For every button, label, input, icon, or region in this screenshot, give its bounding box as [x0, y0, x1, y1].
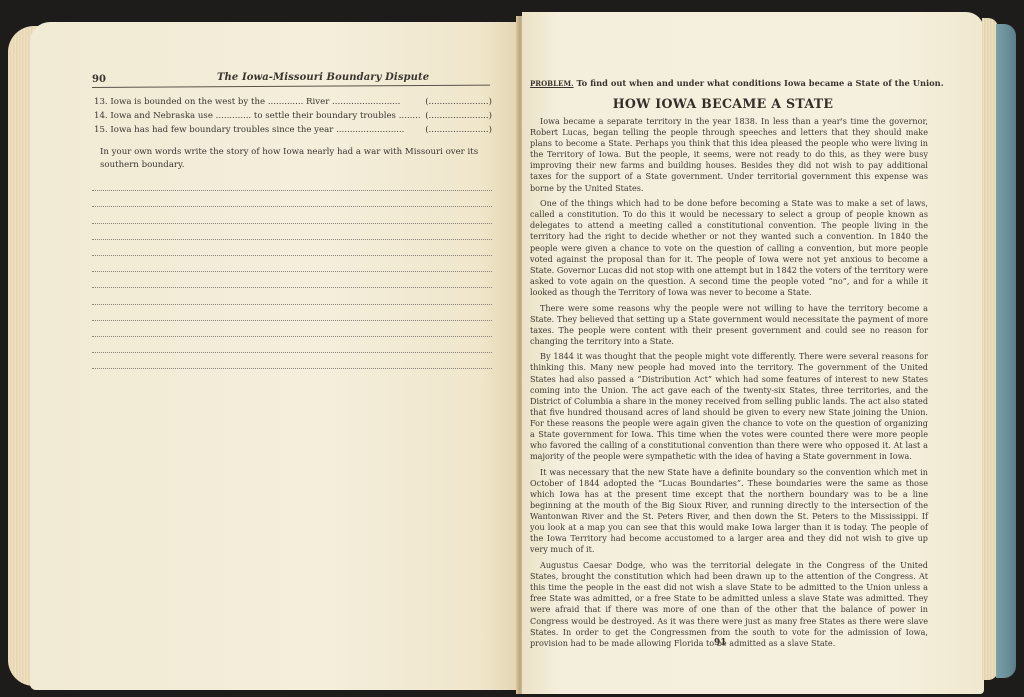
writing-line[interactable] — [92, 321, 492, 337]
writing-line[interactable] — [92, 224, 492, 240]
paragraph: By 1844 it was thought that the people m… — [530, 351, 928, 462]
problem-label: PROBLEM. — [530, 79, 574, 88]
writing-lines[interactable] — [92, 175, 492, 369]
writing-line[interactable] — [92, 305, 492, 321]
paragraph: Iowa became a separate territory in the … — [530, 116, 928, 194]
question-text: Iowa has had few boundary troubles since… — [110, 125, 404, 135]
question-number: 15. — [94, 125, 108, 135]
question-text: Iowa is bounded on the west by the .....… — [110, 97, 400, 107]
question-number: 14. — [94, 111, 108, 121]
question-13: 13. Iowa is bounded on the west by the .… — [94, 95, 492, 109]
paragraph: It was necessary that the new State have… — [530, 467, 928, 556]
question-list: 13. Iowa is bounded on the west by the .… — [94, 95, 492, 137]
answer-blank[interactable]: (......................) — [425, 109, 492, 123]
left-page-number: 90 — [92, 74, 106, 85]
open-book: 90 The Iowa-Missouri Boundary Dispute 13… — [0, 0, 1024, 697]
running-head-title: The Iowa-Missouri Boundary Dispute — [217, 72, 429, 83]
paragraph: There were some reasons why the people w… — [530, 303, 928, 347]
writing-prompt: In your own words write the story of how… — [100, 146, 492, 171]
writing-line[interactable] — [92, 288, 492, 304]
answer-blank[interactable]: (......................) — [425, 95, 492, 109]
paragraph: One of the things which had to be done b… — [530, 198, 928, 298]
writing-line[interactable] — [92, 207, 492, 223]
chapter-title: HOW IOWA BECAME A STATE — [530, 96, 916, 111]
writing-line[interactable] — [92, 191, 492, 207]
paragraph: Augustus Caesar Dodge, who was the terri… — [530, 560, 928, 649]
writing-line[interactable] — [92, 337, 492, 353]
problem-statement: PROBLEM. To find out when and under what… — [530, 78, 916, 88]
writing-line[interactable] — [92, 256, 492, 272]
writing-line[interactable] — [92, 272, 492, 288]
question-text: Iowa and Nebraska use ............. to s… — [110, 111, 420, 121]
chapter-body: Iowa became a separate territory in the … — [530, 116, 928, 653]
question-number: 13. — [94, 97, 108, 107]
question-14: 14. Iowa and Nebraska use ............. … — [94, 109, 492, 123]
problem-text: To find out when and under what conditio… — [576, 78, 943, 88]
writing-line[interactable] — [92, 353, 492, 369]
running-head: 90 The Iowa-Missouri Boundary Dispute — [92, 72, 490, 86]
right-page-number: 91 — [714, 638, 727, 648]
writing-line[interactable] — [92, 175, 492, 191]
writing-line[interactable] — [92, 240, 492, 256]
answer-blank[interactable]: (......................) — [425, 123, 492, 137]
book-cover-edge — [996, 24, 1016, 678]
question-15: 15. Iowa has had few boundary troubles s… — [94, 123, 492, 137]
